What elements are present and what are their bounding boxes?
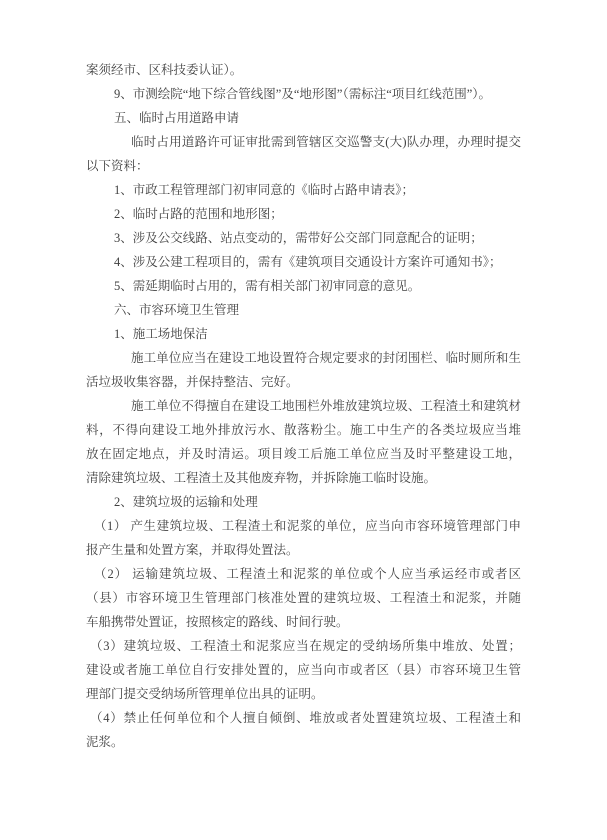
document-line: 1、施工场地保洁 [86,322,521,346]
document-line: 五、临时占用道路申请 [86,106,521,130]
document-line: 建设或者施工单位自行安排处置的，应当向市或者区（县）市容环境卫生管 [86,658,521,682]
document-line: 5、需延期临时占用的，需有相关部门初审同意的意见。 [86,274,521,298]
document-line: （4）禁止任何单位和个人擅自倾倒、堆放或者处置建筑垃圾、工程渣土和 [86,706,521,730]
document-line: 泥浆。 [86,730,521,754]
document-line: 1、市政工程管理部门初审同意的《临时占路申请表》； [86,178,521,202]
document-line: 2、临时占路的范围和地形图； [86,202,521,226]
document-line: 以下资料： [86,154,521,178]
document-line: 料，不得向建设工地外排放污水、散落粉尘。施工中生产的各类垃圾应当堆 [86,418,521,442]
document-line: 活垃圾收集容器，并保持整洁、完好。 [86,370,521,394]
document-line: 9、市测绘院“地下综合管线图”及“地形图”（需标注“项目红线范围”）。 [86,82,521,106]
document-line: 车船携带处置证，按照核定的路线、时间行驶。 [86,610,521,634]
document-line: 施工单位不得擅自在建设工地围栏外堆放建筑垃圾、工程渣土和建筑材 [86,394,521,418]
document-line: （1） 产生建筑垃圾、工程渣土和泥浆的单位，应当向市容环境管理部门申 [86,514,521,538]
document-line: 理部门提交受纳场所管理单位出具的证明。 [86,682,521,706]
document-line: 施工单位应当在建设工地设置符合规定要求的封闭围栏、临时厕所和生 [86,346,521,370]
document-line: 报产生量和处置方案，并取得处置法。 [86,538,521,562]
document-line: 案须经市、区科技委认证）。 [86,58,521,82]
document-line: 放在固定地点，并及时清运。项目竣工后施工单位应当及时平整建设工地， [86,442,521,466]
document-text-block: 案须经市、区科技委认证）。9、市测绘院“地下综合管线图”及“地形图”（需标注“项… [86,58,521,754]
document-line: 临时占用道路许可证审批需到管辖区交巡警支(大)队办理，办理时提交 [86,130,521,154]
document-line: 4、涉及公建工程项目的，需有《建筑项目交通设计方案许可通知书》； [86,250,521,274]
document-line: （县）市容环境卫生管理部门核准处置的建筑垃圾、工程渣土和泥浆，并随 [86,586,521,610]
document-line: （2） 运输建筑垃圾、工程渣土和泥浆的单位或个人应当承运经市或者区 [86,562,521,586]
document-page: 案须经市、区科技委认证）。9、市测绘院“地下综合管线图”及“地形图”（需标注“项… [0,0,607,840]
document-line: 六、市容环境卫生管理 [86,298,521,322]
document-line: 3、涉及公交线路、站点变动的，需带好公交部门同意配合的证明； [86,226,521,250]
document-line: 2、建筑垃圾的运输和处理 [86,490,521,514]
document-line: 清除建筑垃圾、工程渣土及其他废弃物，并拆除施工临时设施。 [86,466,521,490]
document-line: （3）建筑垃圾、工程渣土和泥浆应当在规定的受纳场所集中堆放、处置； [86,634,521,658]
